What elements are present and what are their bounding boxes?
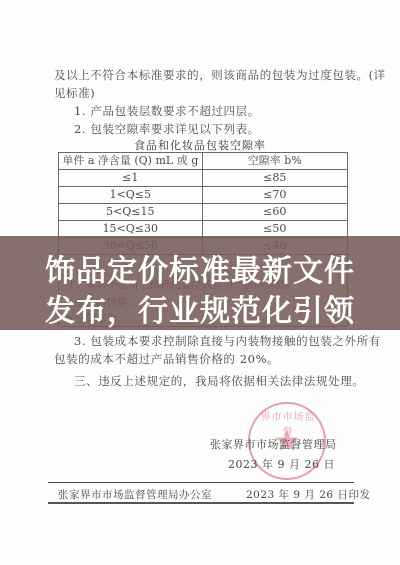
paragraph-line: 及以上不符合本标准要求的，则该商品的包装为过度包装。(详 bbox=[54, 68, 386, 82]
penalty-clause: 三、违反上述规定的，我局将依据相关法律法规处理。 bbox=[74, 374, 364, 388]
footer-divider-bottom bbox=[48, 502, 354, 504]
issue-date: 2023 年 9 月 26 日 bbox=[228, 456, 335, 472]
paragraph-line: 见标准) bbox=[54, 86, 95, 100]
paragraph-line: 包装的成本不超过产品销售价格的 20%。 bbox=[54, 352, 279, 366]
table-cell: ≤50 bbox=[202, 221, 347, 238]
issuer-name: 张家界市市场监督管理局 bbox=[210, 436, 337, 452]
table-cell: ≤70 bbox=[202, 187, 347, 204]
footer-print-date: 2023 年 9 月 26 日印发 bbox=[246, 487, 370, 502]
table-header-row: 单件 a 净含量 (Q) mL 或 g 空隙率 b% bbox=[59, 153, 348, 170]
table-header-cell: 空隙率 b% bbox=[202, 153, 347, 170]
footer-office: 张家界市市场监督管理局办公室 bbox=[58, 487, 212, 502]
table-row: 5<Q≤15 ≤60 bbox=[59, 204, 348, 221]
table-row: 15<Q≤30 ≤50 bbox=[59, 221, 348, 238]
headline-line-2: 发布，行业规范化引领 bbox=[0, 286, 400, 330]
table-cell: ≤85 bbox=[202, 170, 347, 187]
table-row: 1<Q≤5 ≤70 bbox=[59, 187, 348, 204]
table-cell: ≤60 bbox=[202, 204, 347, 221]
footer-divider-top bbox=[48, 482, 354, 483]
table-cell: ≤1 bbox=[59, 170, 203, 187]
table-row: ≤1 ≤85 bbox=[59, 170, 348, 187]
table-header-cell: 单件 a 净含量 (Q) mL 或 g bbox=[59, 153, 203, 170]
headline-line-1: 饰品定价标准最新文件 bbox=[0, 246, 400, 290]
table-cell: 1<Q≤5 bbox=[59, 187, 203, 204]
table-title: 食品和化妆品包装空隙率 bbox=[0, 137, 400, 153]
list-item-void-ratio: 2. 包装空隙率要求详见以下列表。 bbox=[74, 122, 260, 136]
headline-banner: 饰品定价标准最新文件 发布，行业规范化引领 bbox=[0, 236, 400, 330]
table-cell: 15<Q≤30 bbox=[59, 221, 203, 238]
table-cell: 5<Q≤15 bbox=[59, 204, 203, 221]
list-item-cost: 3. 包装成本要求控制除直接与内装物接触的包装之外所有 bbox=[74, 334, 381, 348]
list-item-layers: 1. 产品包装层数要求不超过四层。 bbox=[74, 104, 260, 118]
